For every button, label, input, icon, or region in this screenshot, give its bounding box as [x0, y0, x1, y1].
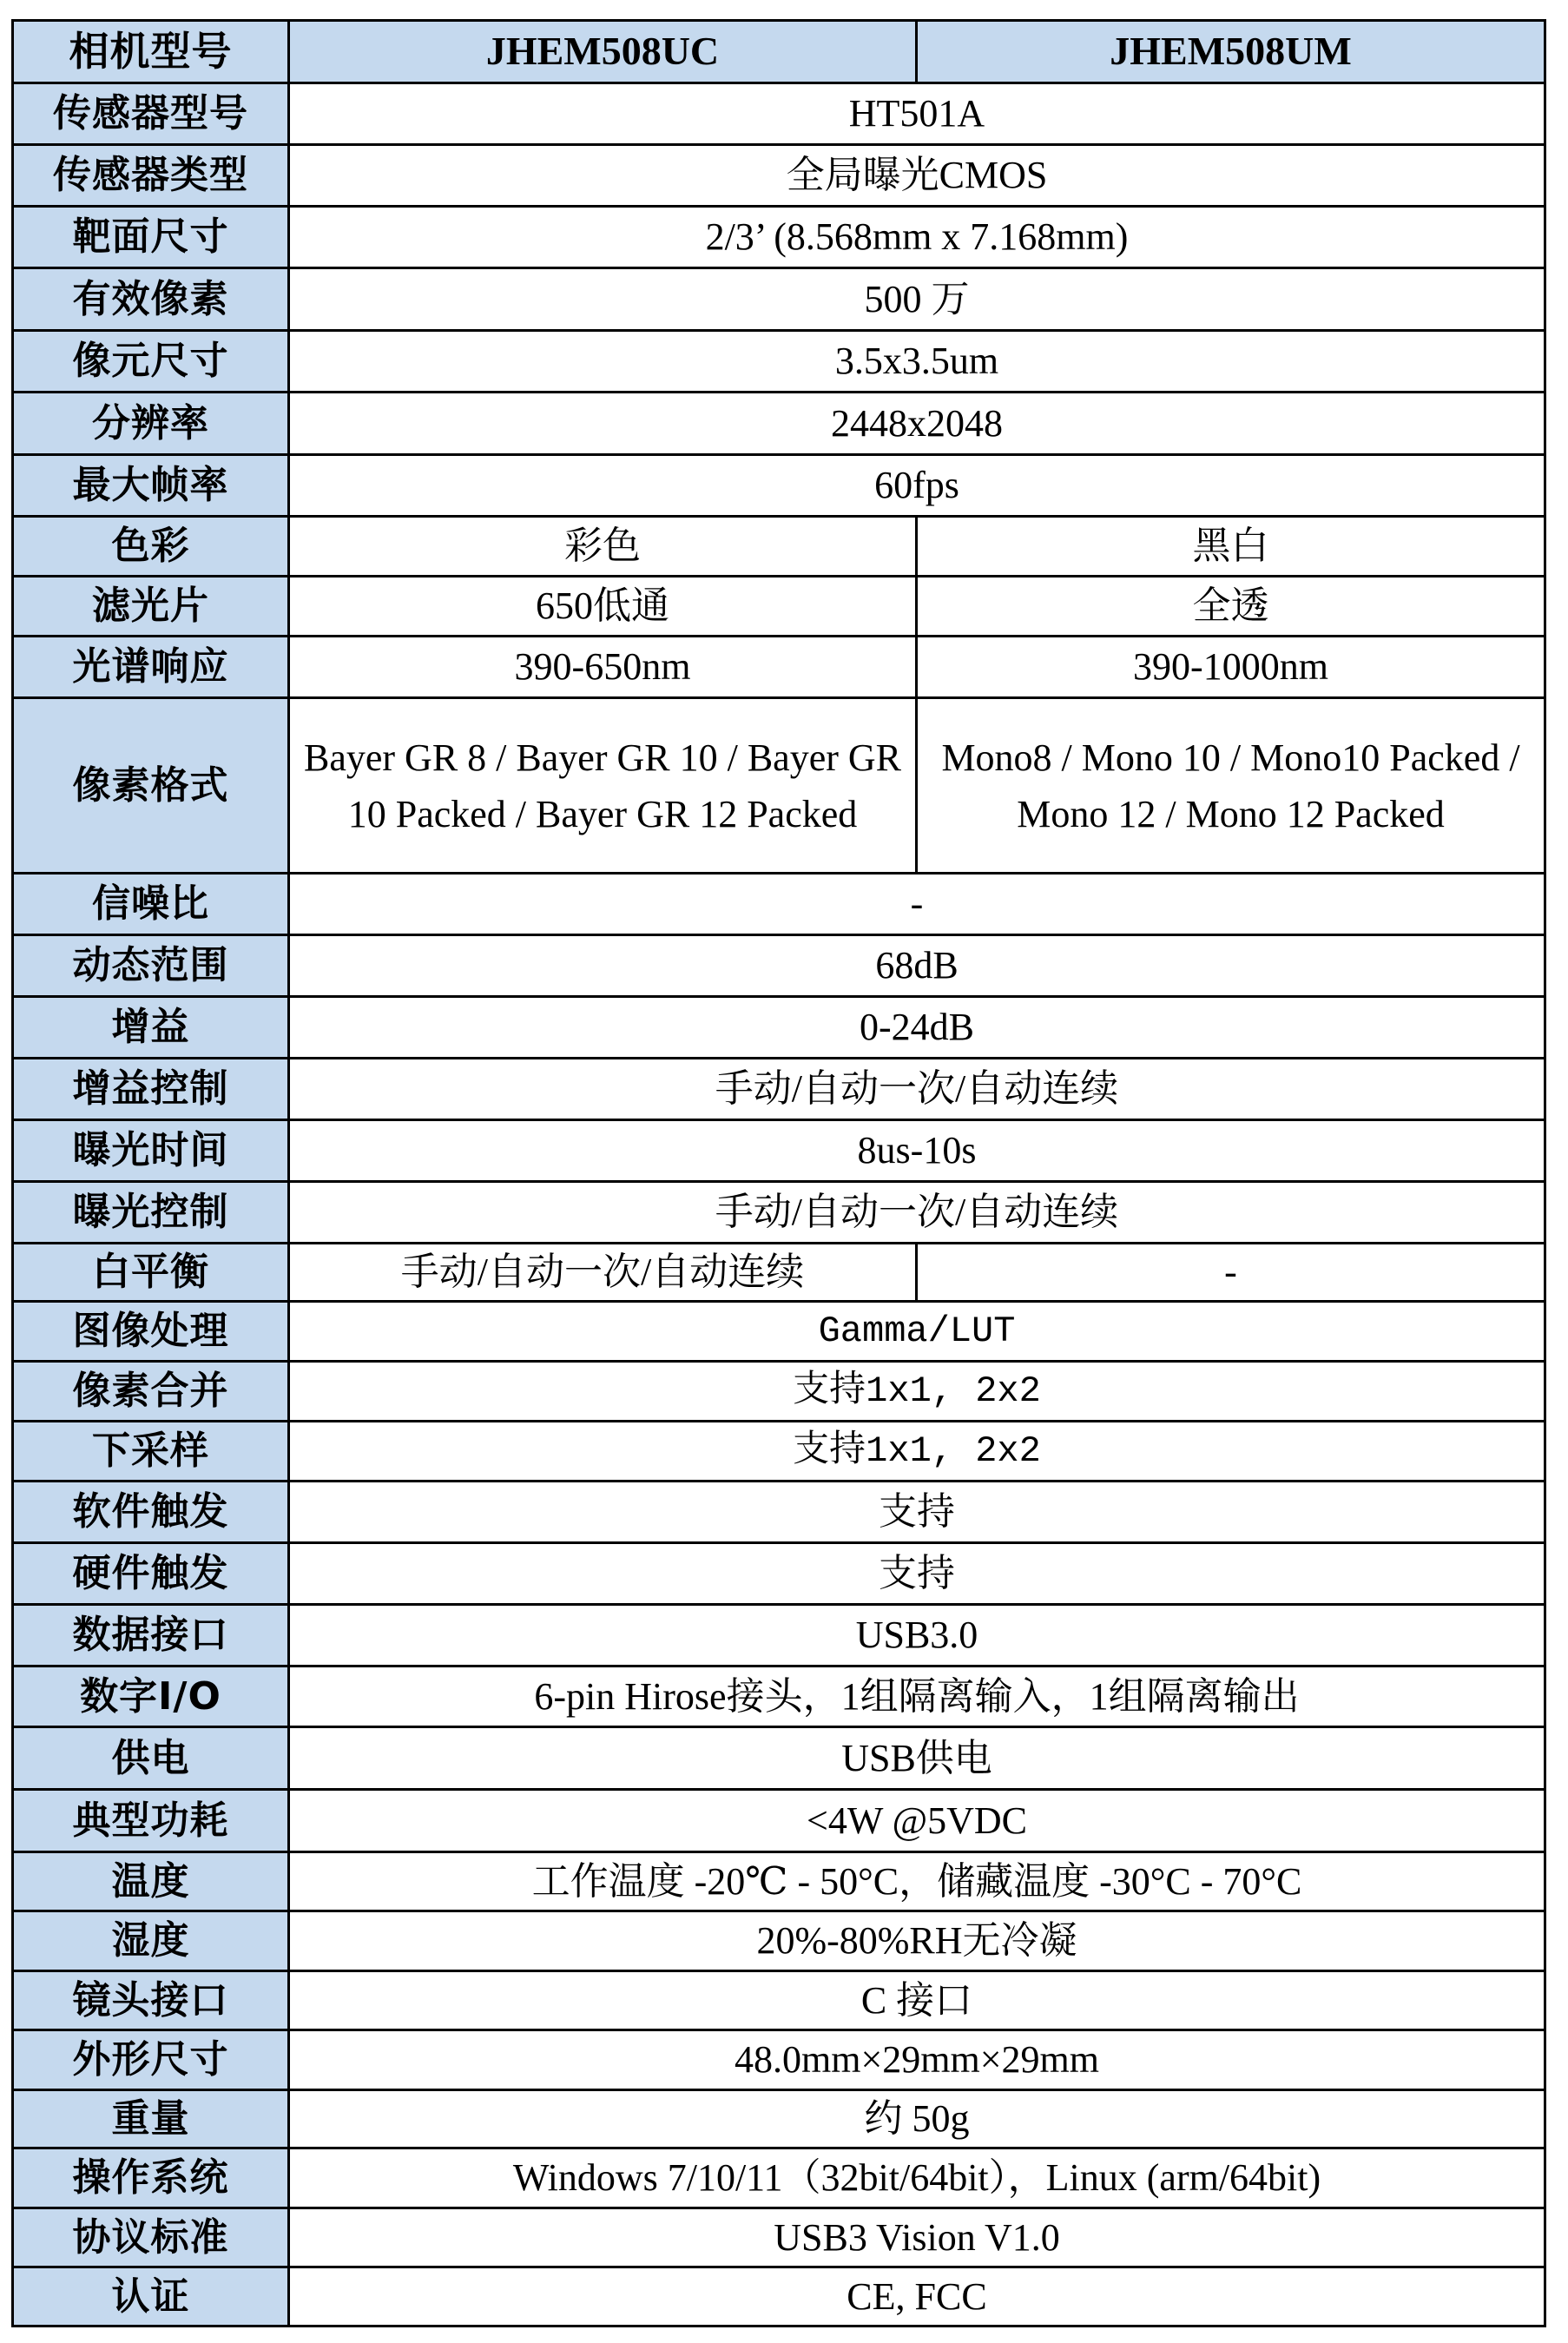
row-label: 光谱响应: [13, 637, 289, 698]
spec-row-gain-control: 增益控制 手动/自动一次/自动连续: [13, 1059, 1545, 1120]
row-value-uc: Bayer GR 8 / Bayer GR 10 / Bayer GR 10 P…: [289, 698, 917, 874]
spec-row-software-trigger: 软件触发 支持: [13, 1482, 1545, 1543]
row-value: C 接口: [289, 1971, 1545, 2030]
row-value: 全局曝光CMOS: [289, 145, 1545, 207]
row-label: 数据接口: [13, 1605, 289, 1666]
row-value-um: 黑白: [917, 517, 1545, 577]
spec-row-power-consumption: 典型功耗 <4W @5VDC: [13, 1790, 1545, 1852]
header-row: 相机型号 JHEM508UC JHEM508UM: [13, 21, 1545, 83]
camera-spec-table: 相机型号 JHEM508UC JHEM508UM 传感器型号 HT501A 传感…: [11, 19, 1546, 2327]
row-value: USB供电: [289, 1727, 1545, 1790]
row-value: 手动/自动一次/自动连续: [289, 1182, 1545, 1244]
spec-row-spectral-response: 光谱响应 390-650nm 390-1000nm: [13, 637, 1545, 698]
row-value: USB3.0: [289, 1605, 1545, 1666]
row-label: 操作系统: [13, 2148, 289, 2208]
row-label: 滤光片: [13, 577, 289, 637]
spec-row-image-processing: 图像处理 Gamma/LUT: [13, 1302, 1545, 1362]
row-label: 下采样: [13, 1422, 289, 1482]
spec-row-sensor-type: 传感器类型 全局曝光CMOS: [13, 145, 1545, 207]
row-label: 协议标准: [13, 2208, 289, 2267]
row-label: 重量: [13, 2090, 289, 2148]
row-label: 增益控制: [13, 1059, 289, 1120]
spec-row-color: 色彩 彩色 黑白: [13, 517, 1545, 577]
row-label: 镜头接口: [13, 1971, 289, 2030]
spec-row-effective-pixels: 有效像素 500 万: [13, 268, 1545, 331]
row-label: 白平衡: [13, 1244, 289, 1302]
row-label: 分辨率: [13, 393, 289, 455]
row-value: Gamma/LUT: [289, 1302, 1545, 1362]
row-label: 传感器类型: [13, 145, 289, 207]
spec-row-dynamic-range: 动态范围 68dB: [13, 935, 1545, 997]
spec-row-max-framerate: 最大帧率 60fps: [13, 455, 1545, 517]
row-value: <4W @5VDC: [289, 1790, 1545, 1852]
row-label: 最大帧率: [13, 455, 289, 517]
row-value: 支持: [289, 1543, 1545, 1605]
spec-row-snr: 信噪比 -: [13, 874, 1545, 935]
model-um: JHEM508UM: [917, 21, 1545, 83]
spec-row-target-size: 靶面尺寸 2/3’ (8.568mm x 7.168mm): [13, 207, 1545, 268]
row-value: 支持: [289, 1482, 1545, 1543]
row-value-um: Mono8 / Mono 10 / Mono10 Packed / Mono 1…: [917, 698, 1545, 874]
spec-row-hardware-trigger: 硬件触发 支持: [13, 1543, 1545, 1605]
row-label: 靶面尺寸: [13, 207, 289, 268]
spec-row-binning: 像素合并 支持1x1, 2x2: [13, 1362, 1545, 1422]
spec-row-gain: 增益 0-24dB: [13, 997, 1545, 1059]
row-label: 软件触发: [13, 1482, 289, 1543]
row-value: 手动/自动一次/自动连续: [289, 1059, 1545, 1120]
spec-row-pixel-size: 像元尺寸 3.5x3.5um: [13, 331, 1545, 393]
row-label: 像素合并: [13, 1362, 289, 1422]
row-value: 60fps: [289, 455, 1545, 517]
row-value-uc: 手动/自动一次/自动连续: [289, 1244, 917, 1302]
row-value: 2/3’ (8.568mm x 7.168mm): [289, 207, 1545, 268]
row-value-um: 390-1000nm: [917, 637, 1545, 698]
spec-row-power-supply: 供电 USB供电: [13, 1727, 1545, 1790]
spec-row-sensor-model: 传感器型号 HT501A: [13, 83, 1545, 145]
row-value: 68dB: [289, 935, 1545, 997]
row-label: 曝光控制: [13, 1182, 289, 1244]
row-label: 信噪比: [13, 874, 289, 935]
row-value: 20%-80%RH无冷凝: [289, 1911, 1545, 1971]
spec-row-filter: 滤光片 650低通 全透: [13, 577, 1545, 637]
spec-row-exposure-time: 曝光时间 8us-10s: [13, 1120, 1545, 1182]
row-label: 增益: [13, 997, 289, 1059]
row-value: 3.5x3.5um: [289, 331, 1545, 393]
row-label: 湿度: [13, 1911, 289, 1971]
row-value: 6-pin Hirose接头，1组隔离输入，1组隔离输出: [289, 1666, 1545, 1727]
row-value: 500 万: [289, 268, 1545, 331]
row-label: 数字I/O: [13, 1666, 289, 1727]
row-label: 传感器型号: [13, 83, 289, 145]
row-value: 2448x2048: [289, 393, 1545, 455]
row-label: 硬件触发: [13, 1543, 289, 1605]
spec-row-pixel-format: 像素格式 Bayer GR 8 / Bayer GR 10 / Bayer GR…: [13, 698, 1545, 874]
row-value-um: 全透: [917, 577, 1545, 637]
row-value: 支持1x1, 2x2: [289, 1422, 1545, 1482]
row-label: 有效像素: [13, 268, 289, 331]
row-label: 温度: [13, 1852, 289, 1911]
row-value: 8us-10s: [289, 1120, 1545, 1182]
row-value: USB3 Vision V1.0: [289, 2208, 1545, 2267]
spec-row-lens-mount: 镜头接口 C 接口: [13, 1971, 1545, 2030]
row-value: Windows 7/10/11（32bit/64bit），Linux (arm/…: [289, 2148, 1545, 2208]
row-label: 像元尺寸: [13, 331, 289, 393]
row-label: 供电: [13, 1727, 289, 1790]
row-label: 图像处理: [13, 1302, 289, 1362]
spec-row-dimensions: 外形尺寸 48.0mm×29mm×29mm: [13, 2030, 1545, 2090]
spec-row-exposure-control: 曝光控制 手动/自动一次/自动连续: [13, 1182, 1545, 1244]
row-label: 典型功耗: [13, 1790, 289, 1852]
header-label: 相机型号: [13, 21, 289, 83]
row-value: 0-24dB: [289, 997, 1545, 1059]
spec-row-temperature: 温度 工作温度 -20℃ - 50°C，储藏温度 -30°C - 70°C: [13, 1852, 1545, 1911]
row-label: 曝光时间: [13, 1120, 289, 1182]
row-value: -: [289, 874, 1545, 935]
spec-row-data-interface: 数据接口 USB3.0: [13, 1605, 1545, 1666]
row-value: 约 50g: [289, 2090, 1545, 2148]
row-label: 认证: [13, 2267, 289, 2326]
row-value: HT501A: [289, 83, 1545, 145]
row-value-uc: 彩色: [289, 517, 917, 577]
row-label: 动态范围: [13, 935, 289, 997]
row-value-uc: 650低通: [289, 577, 917, 637]
spec-row-certification: 认证 CE, FCC: [13, 2267, 1545, 2326]
spec-row-protocol: 协议标准 USB3 Vision V1.0: [13, 2208, 1545, 2267]
spec-row-digital-io: 数字I/O 6-pin Hirose接头，1组隔离输入，1组隔离输出: [13, 1666, 1545, 1727]
row-value: CE, FCC: [289, 2267, 1545, 2326]
row-label: 色彩: [13, 517, 289, 577]
row-value-um: -: [917, 1244, 1545, 1302]
row-value-uc: 390-650nm: [289, 637, 917, 698]
spec-row-white-balance: 白平衡 手动/自动一次/自动连续 -: [13, 1244, 1545, 1302]
row-value: 支持1x1, 2x2: [289, 1362, 1545, 1422]
spec-row-humidity: 湿度 20%-80%RH无冷凝: [13, 1911, 1545, 1971]
row-value: 工作温度 -20℃ - 50°C，储藏温度 -30°C - 70°C: [289, 1852, 1545, 1911]
row-label: 像素格式: [13, 698, 289, 874]
spec-row-operating-system: 操作系统 Windows 7/10/11（32bit/64bit），Linux …: [13, 2148, 1545, 2208]
spec-row-resolution: 分辨率 2448x2048: [13, 393, 1545, 455]
row-value: 48.0mm×29mm×29mm: [289, 2030, 1545, 2090]
spec-row-decimation: 下采样 支持1x1, 2x2: [13, 1422, 1545, 1482]
model-uc: JHEM508UC: [289, 21, 917, 83]
spec-row-weight: 重量 约 50g: [13, 2090, 1545, 2148]
row-label: 外形尺寸: [13, 2030, 289, 2090]
